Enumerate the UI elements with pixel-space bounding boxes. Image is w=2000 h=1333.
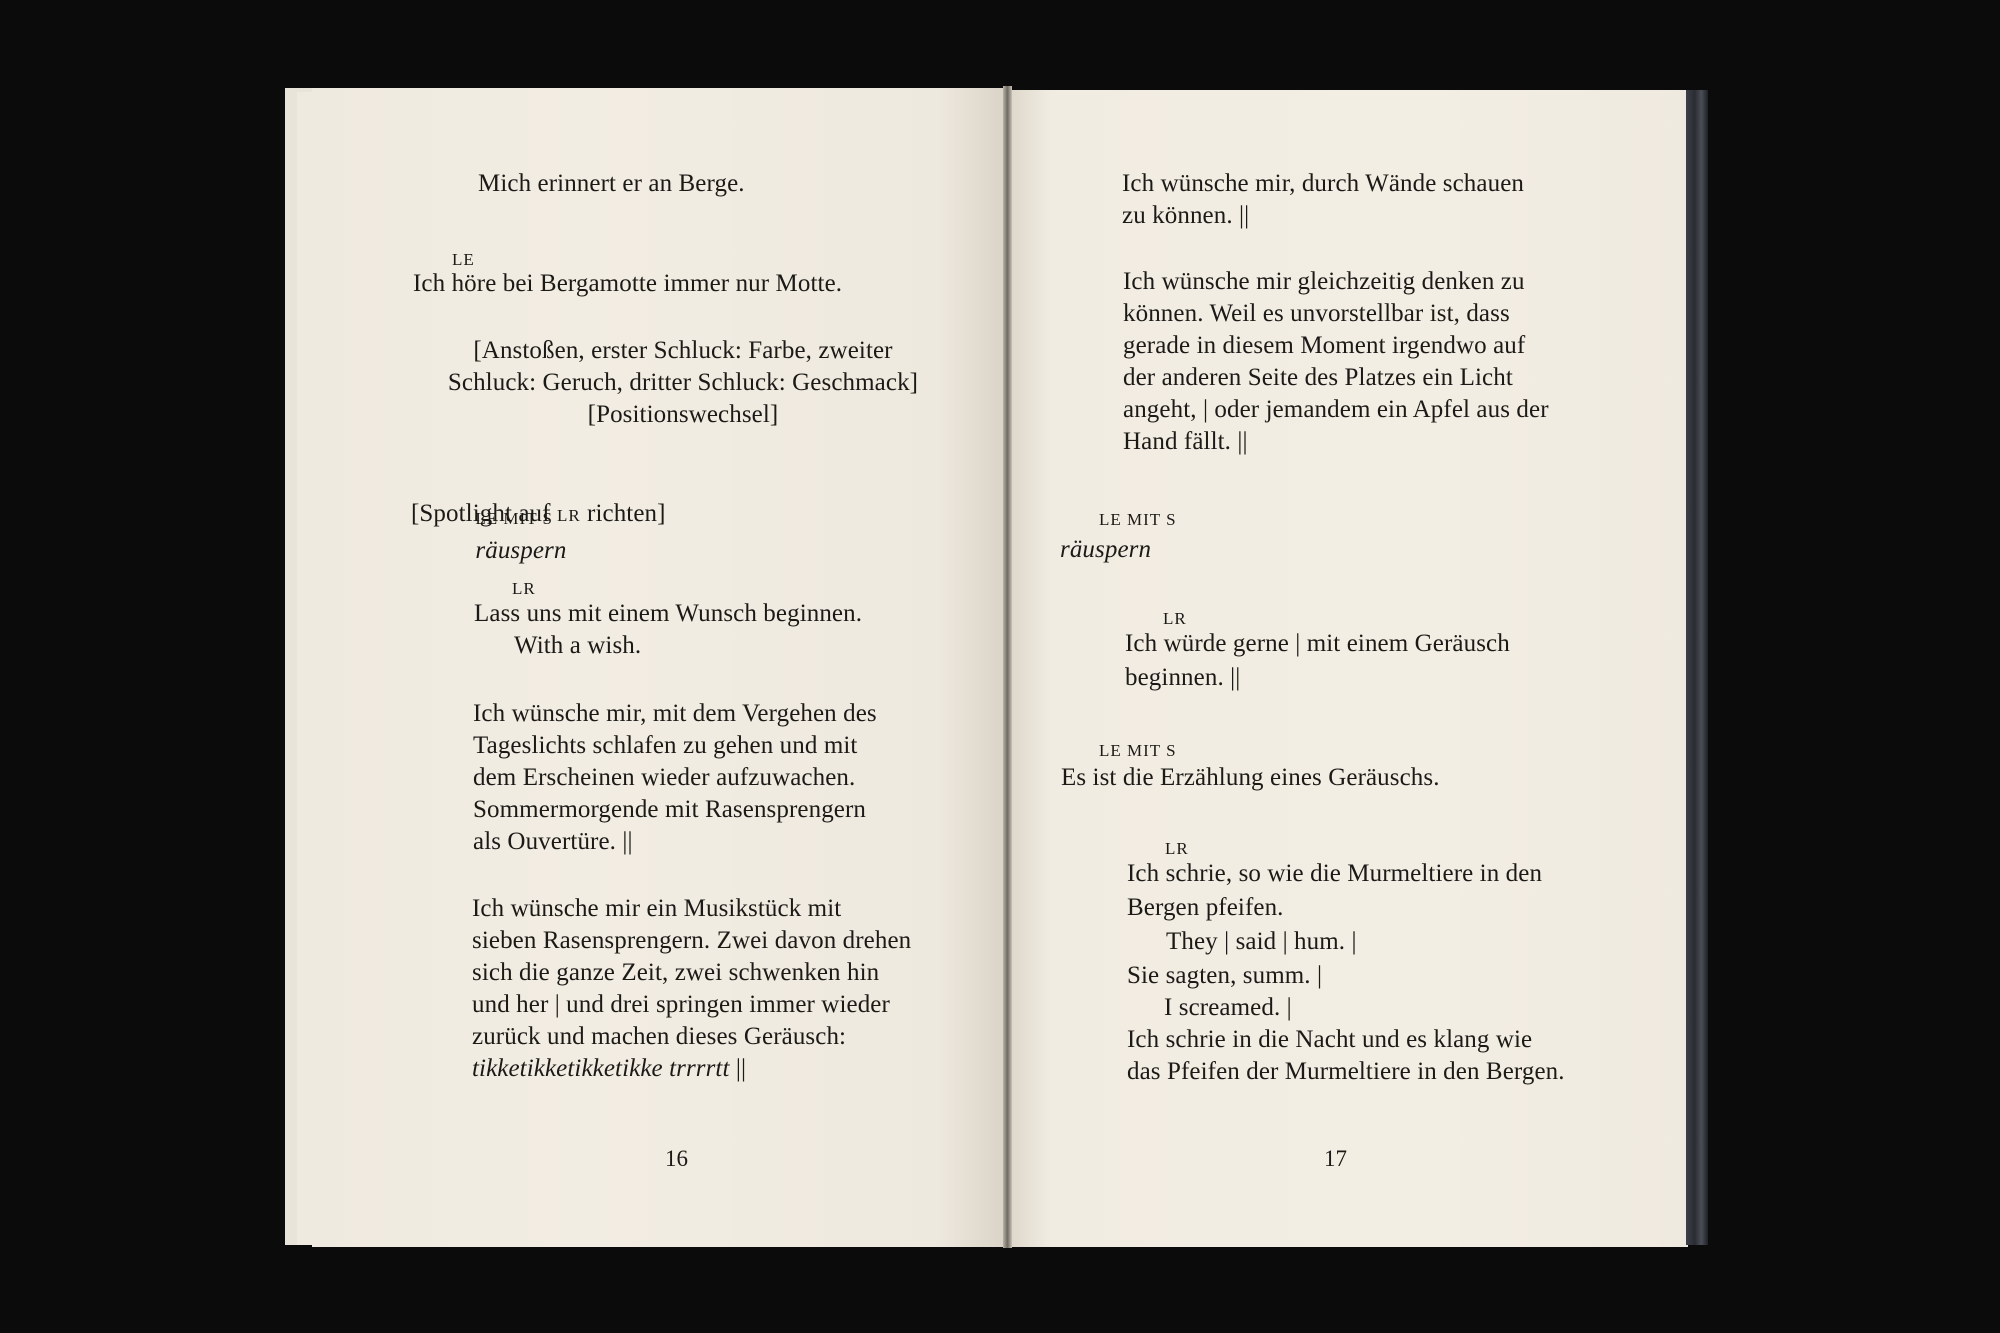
text-line: beginnen. || <box>1125 662 1240 695</box>
text-line: Ich wünsche mir gleichzeitig denken zu <box>1123 266 1525 299</box>
text-span: || <box>730 1055 747 1082</box>
text-line: Ich schrie, so wie die Murmeltiere in de… <box>1127 858 1542 891</box>
speaker-inline: LR <box>557 506 581 525</box>
text-line: Ich wünsche mir, mit dem Vergehen des <box>473 698 877 731</box>
italic-sound: tikketikketikketikke trrrrtt <box>472 1055 730 1082</box>
text-span: [Spotlight auf <box>411 500 557 527</box>
text-line: Ich wünsche mir ein Musikstück mit <box>472 893 841 926</box>
page-number: 16 <box>665 1146 688 1172</box>
text-line: können. Weil es unvorstellbar ist, dass <box>1123 298 1510 331</box>
text-line: sieben Rasensprengern. Zwei davon drehen <box>472 925 911 958</box>
speaker-action: räuspern <box>475 537 566 564</box>
text-line: Ich würde gerne | mit einem Geräusch <box>1125 628 1510 661</box>
page-edge-right <box>1686 90 1708 1245</box>
text-line: zu können. || <box>1122 200 1249 233</box>
text-line: I screamed. | <box>1164 992 1292 1025</box>
speaker-action: räuspern <box>1060 534 1151 567</box>
text-line: Ich höre bei Bergamotte immer nur Motte. <box>413 268 842 301</box>
text-line: Hand fällt. || <box>1123 426 1248 459</box>
text-line: sich die ganze Zeit, zwei schwenken hin <box>472 957 879 990</box>
stage-direction: [Spotlight auf LR richten] <box>411 498 666 533</box>
text-line: der anderen Seite des Platzes ein Licht <box>1123 362 1513 395</box>
text-line: They | said | hum. | <box>1166 926 1357 959</box>
stage-direction: [Anstoßen, erster Schluck: Farbe, zweite… <box>413 335 953 368</box>
stage-direction: Schluck: Geruch, dritter Schluck: Geschm… <box>413 367 953 400</box>
text-line: tikketikketikketikke trrrrtt || <box>472 1053 746 1086</box>
text-line: Lass uns mit einem Wunsch beginnen. <box>474 598 862 631</box>
text-line: Ich wünsche mir, durch Wände schauen <box>1122 168 1524 201</box>
text-line: das Pfeifen der Murmeltiere in den Berge… <box>1127 1056 1565 1089</box>
speaker-line: LE MIT S räuspern <box>450 468 567 600</box>
text-line: Tageslichts schlafen zu gehen und mit <box>473 730 857 763</box>
text-line: dem Erscheinen wieder aufzuwachen. <box>473 762 855 795</box>
text-line: angeht, | oder jemandem ein Apfel aus de… <box>1123 394 1549 427</box>
book-gutter <box>1003 86 1012 1248</box>
text-line: Mich erinnert er an Berge. <box>478 168 745 201</box>
text-line: Es ist die Erzählung eines Geräuschs. <box>1061 762 1440 795</box>
text-line: Bergen pfeifen. <box>1127 892 1284 925</box>
text-line: und her | und drei springen immer wieder <box>472 989 890 1022</box>
text-line: With a wish. <box>514 630 641 663</box>
text-line: zurück und machen dieses Geräusch: <box>472 1021 846 1054</box>
text-span: richten] <box>581 500 666 527</box>
text-line: Ich schrie in die Nacht und es klang wie <box>1127 1024 1532 1057</box>
text-line: gerade in diesem Moment irgendwo auf <box>1123 330 1525 363</box>
page-number: 17 <box>1324 1146 1347 1172</box>
stage-direction: [Positionswechsel] <box>413 399 953 432</box>
text-line: als Ouvertüre. || <box>473 826 633 859</box>
text-line: Sommermorgende mit Rasensprengern <box>473 794 866 827</box>
open-book: Mich erinnert er an Berge. LE Ich höre b… <box>0 0 2000 1333</box>
speaker-label: LE MIT S <box>1099 504 1177 537</box>
text-line: Sie sagten, summ. | <box>1127 960 1322 993</box>
